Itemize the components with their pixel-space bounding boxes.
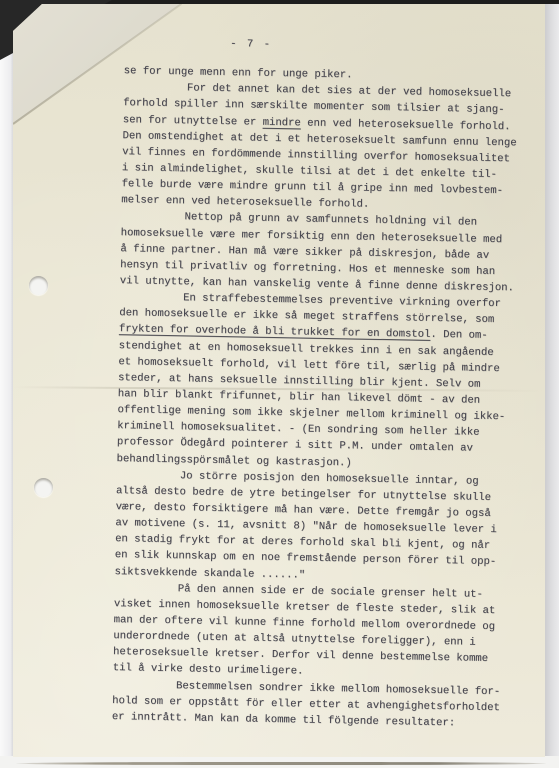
scan-left-edge bbox=[0, 0, 13, 768]
hole-punch-bottom bbox=[34, 478, 53, 497]
page-bottom-shadow bbox=[16, 762, 546, 765]
document-page: - 7 - se for unge menn enn for unge pike… bbox=[13, 4, 545, 757]
page-number: - 7 - bbox=[230, 36, 548, 58]
typewritten-text-body: - 7 - se for unge menn enn for unge pike… bbox=[112, 34, 549, 733]
scan-right-margin bbox=[543, 0, 559, 768]
text-lines-container: se for unge menn enn for unge piker. For… bbox=[112, 63, 548, 732]
hole-punch-top bbox=[29, 276, 48, 295]
